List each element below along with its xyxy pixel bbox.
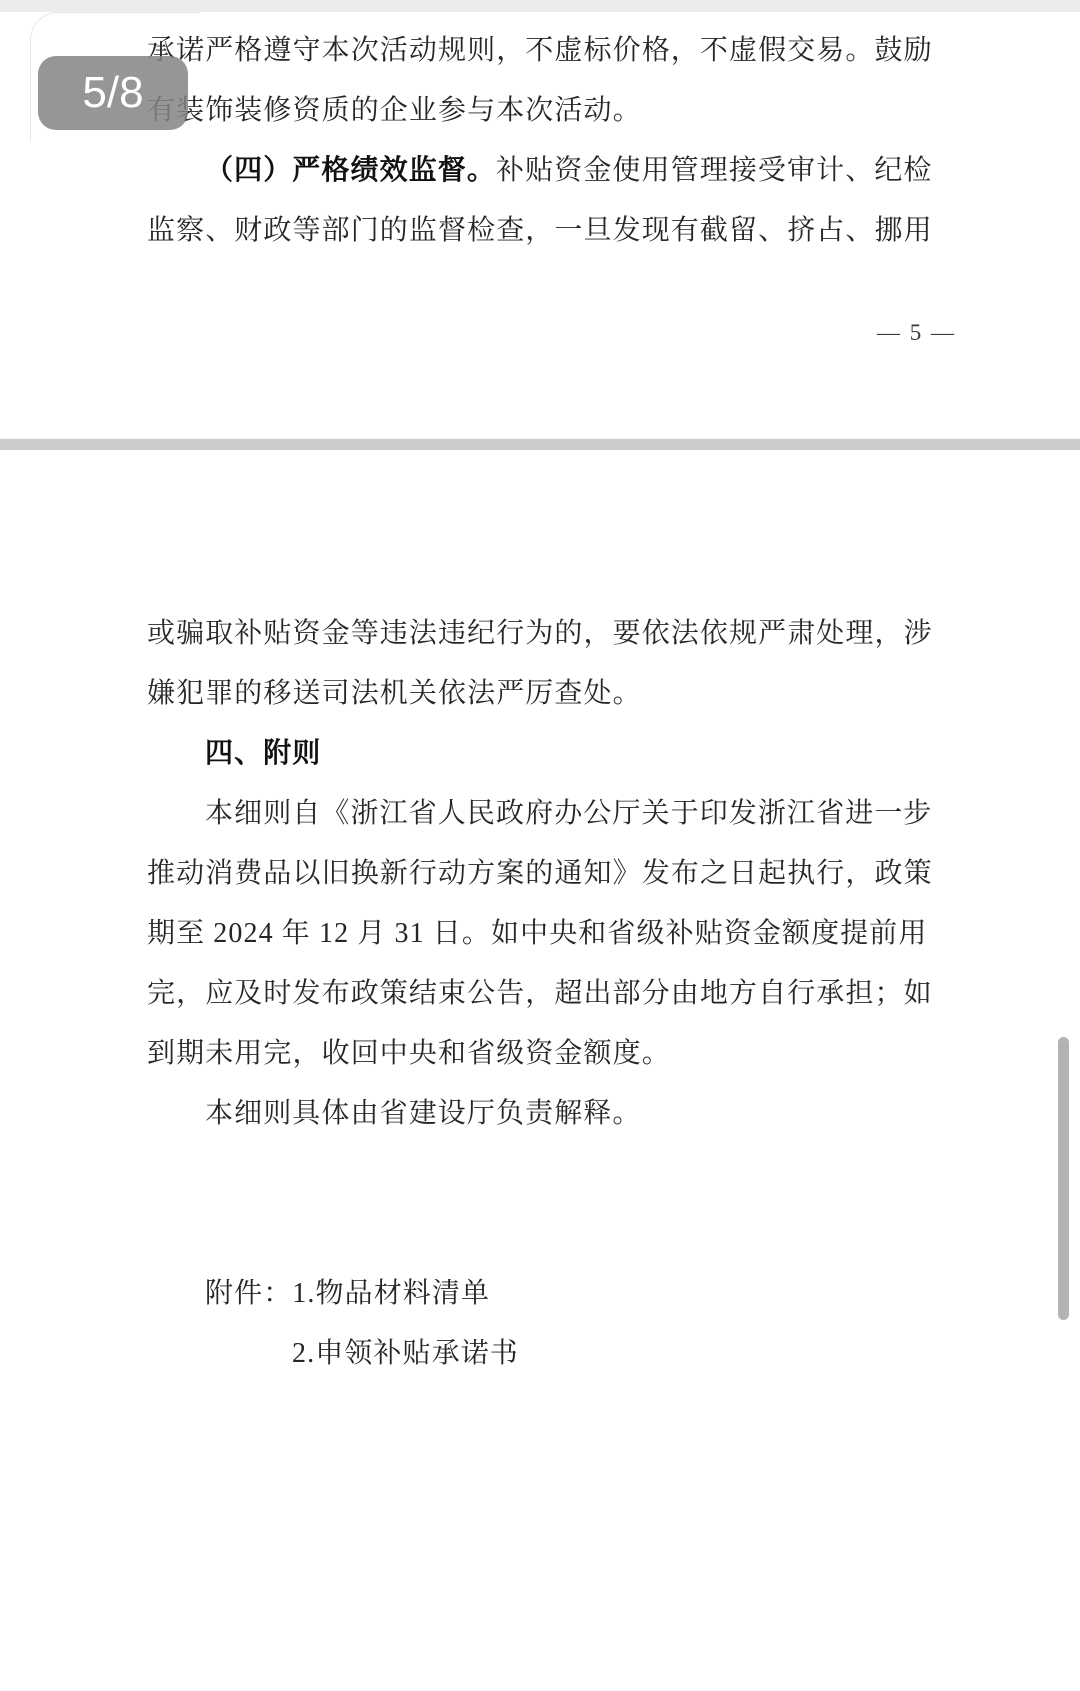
document-text-line: 完，应及时发布政策结束公告，超出部分由地方自行承担；如 <box>147 964 957 1024</box>
document-text-line: 承诺严格遵守本次活动规则，不虚标价格，不虚假交易。鼓励 <box>147 21 957 81</box>
page-6-text: 或骗取补贴资金等违法违纪行为的，要依法依规严肃处理，涉嫌犯罪的移送司法机关依法严… <box>0 604 1080 1384</box>
document-text-line: 附件：1.物品材料清单 <box>147 1264 1015 1324</box>
text-segment: 本细则具体由省建设厅负责解释。 <box>205 1098 642 1129</box>
document-text-line: 2.申领补贴承诺书 <box>147 1324 1080 1384</box>
text-segment: 推动消费品以旧换新行动方案的通知》发布之日起执行，政策 <box>147 858 933 889</box>
document-text-line: 到期未用完，收回中央和省级资金额度。 <box>147 1024 957 1084</box>
document-text-line: 本细则自《浙江省人民政府办公厅关于印发浙江省进一步 <box>147 784 1015 844</box>
text-segment: 或骗取补贴资金等违法违纪行为的，要依法依规严肃处理，涉 <box>147 618 933 649</box>
document-text-line: 有装饰装修资质的企业参与本次活动。 <box>147 81 957 141</box>
document-text-line: 本细则具体由省建设厅负责解释。 <box>147 1084 1015 1144</box>
text-segment: 期至 2024 年 12 月 31 日。如中央和省级补贴资金额度提前用 <box>147 918 928 949</box>
text-segment: 承诺严格遵守本次活动规则，不虚标价格，不虚假交易。鼓励 <box>147 35 933 66</box>
document-text-line: 推动消费品以旧换新行动方案的通知》发布之日起执行，政策 <box>147 844 957 904</box>
document-text-line: 期至 2024 年 12 月 31 日。如中央和省级补贴资金额度提前用 <box>147 904 957 964</box>
text-segment: 本细则自《浙江省人民政府办公厅关于印发浙江省进一步 <box>205 798 933 829</box>
text-segment: 附件：1.物品材料清单 <box>205 1278 490 1309</box>
text-segment: 有装饰装修资质的企业参与本次活动。 <box>147 95 642 126</box>
document-text-line: 监察、财政等部门的监督检查，一旦发现有截留、挤占、挪用 <box>147 201 957 261</box>
document-text-line: 四、附则 <box>147 724 1015 784</box>
page-indicator-text: 5/8 <box>82 68 143 118</box>
page-indicator-badge: 5/8 <box>38 56 188 130</box>
text-segment: 完，应及时发布政策结束公告，超出部分由地方自行承担；如 <box>147 978 933 1009</box>
text-segment: 监察、财政等部门的监督检查，一旦发现有截留、挤占、挪用 <box>147 215 933 246</box>
document-text-line: （四）严格绩效监督。补贴资金使用管理接受审计、纪检 <box>147 141 1015 201</box>
document-text-line: 嫌犯罪的移送司法机关依法严厉查处。 <box>147 664 957 724</box>
document-viewer: 承诺严格遵守本次活动规则，不虚标价格，不虚假交易。鼓励有装饰装修资质的企业参与本… <box>0 0 1080 1691</box>
bold-text-segment: （四）严格绩效监督。 <box>205 155 496 186</box>
page-6: 或骗取补贴资金等违法违纪行为的，要依法依规严肃处理，涉嫌犯罪的移送司法机关依法严… <box>0 450 1080 1691</box>
text-segment: 补贴资金使用管理接受审计、纪检 <box>496 155 933 186</box>
page-number: — 5 — <box>877 320 956 346</box>
text-segment: 到期未用完，收回中央和省级资金额度。 <box>147 1038 671 1069</box>
bold-text-segment: 四、附则 <box>205 738 321 769</box>
text-segment: 2.申领补贴承诺书 <box>292 1338 519 1369</box>
top-strip <box>0 0 1080 12</box>
document-text-line: 或骗取补贴资金等违法违纪行为的，要依法依规严肃处理，涉 <box>147 604 957 664</box>
scrollbar-thumb[interactable] <box>1058 1037 1069 1320</box>
text-segment: 嫌犯罪的移送司法机关依法严厉查处。 <box>147 678 642 709</box>
